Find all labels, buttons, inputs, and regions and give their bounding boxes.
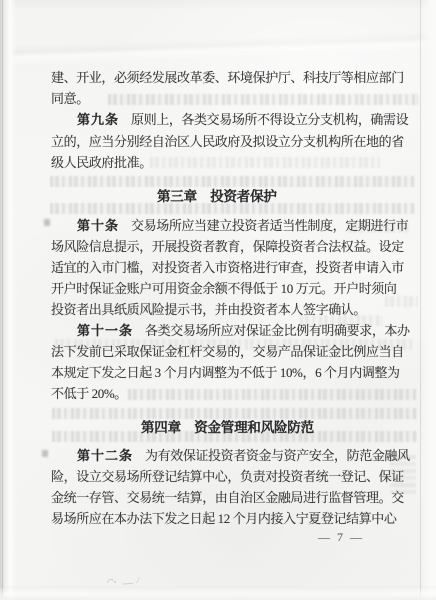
text-line: 同意。 — [51, 92, 89, 106]
text-line: 立的，应当分别经自治区人民政府及拟设立分支机构所在地的省 — [51, 135, 404, 149]
article-number: 第十二条 — [77, 448, 133, 463]
bleedthrough-line — [128, 389, 416, 400]
text-line: 开户时保证金账户可用资金余额不得低于 10 万元。开户时须向 — [51, 282, 397, 296]
chapter-4-heading: 第四章 资金管理和风险防范 — [141, 416, 314, 436]
text-line: 建、开业，必须经发展改革委、环境保护厅、科技厅等相应部门 — [51, 71, 404, 85]
article-12-first-line: 第十二条为有效保证投资者资金与资产安全，防范金融风 — [77, 449, 410, 463]
page-number: — 7 — — [318, 530, 364, 545]
text-line: 级人民政府批准。 — [51, 156, 152, 170]
text-line: 不低于 20%。 — [51, 387, 127, 401]
text-line: 易场所应在本办法下发之日起 12 个月内接入宁夏登记结算中心 — [51, 512, 397, 526]
article-9-first-line: 第九条原则上，各类交易场所不得设立分支机构，确需设 — [77, 113, 408, 127]
text-line: 交易场所应当建立投资者适当性制度，定期进行市 — [131, 218, 408, 233]
text-line: 场风险信息提示，开展投资者教育，保障投资者合法权益。设定 — [51, 240, 404, 254]
text-line: 险，设立交易场所登记结算中心，负责对投资者统一登记、保证 — [51, 470, 404, 484]
ink-smudge — [42, 450, 48, 457]
article-number: 第十条 — [77, 218, 119, 233]
page-bottom-edge — [0, 586, 436, 600]
text-line: 金统一存管、交易统一结算，由自治区金融局进行监督管理。交 — [51, 491, 404, 505]
text-line: 原则上，各类交易场所不得设立分支机构，确需设 — [131, 112, 408, 127]
bleedthrough-line — [385, 296, 418, 307]
article-number: 第九条 — [77, 112, 119, 127]
text-line: 法下发前已采取保证金杠杆交易的，交易产品保证金比例应当自 — [51, 345, 404, 359]
article-number: 第十一条 — [77, 323, 133, 338]
text-line: 适宜的入市门槛，对投资者入市资格进行审查，投资者申请入市 — [51, 261, 404, 275]
page-right-edge-line — [420, 0, 421, 600]
chapter-3-heading: 第三章 投资者保护 — [157, 185, 277, 205]
article-11-first-line: 第十一条各类交易场所应对保证金比例有明确要求，本办 — [77, 324, 410, 338]
page-right-edge — [421, 0, 436, 600]
ink-smudge — [44, 219, 50, 226]
text-line: 本规定下发之日起 3 个月内调整为不低于 10%，6 个月内调整为 — [51, 366, 400, 380]
text-line: 投资者出具纸质风险提示书，并由投资者本人签字确认。 — [51, 303, 366, 317]
bleedthrough-line — [150, 157, 380, 168]
article-10-first-line: 第十条交易场所应当建立投资者适当性制度，定期进行市 — [77, 219, 408, 233]
scanned-document-page: 建、开业，必须经发展改革委、环境保护厅、科技厅等相应部门 同意。 第九条原则上，… — [0, 0, 436, 600]
text-line: 为有效保证投资者资金与资产安全，防范金融风 — [145, 448, 410, 463]
page-left-edge-line — [2, 0, 3, 600]
paper-texture — [0, 0, 436, 600]
bleedthrough-line — [108, 94, 418, 105]
text-line: 各类交易场所应对保证金比例有明确要求，本办 — [145, 323, 410, 338]
